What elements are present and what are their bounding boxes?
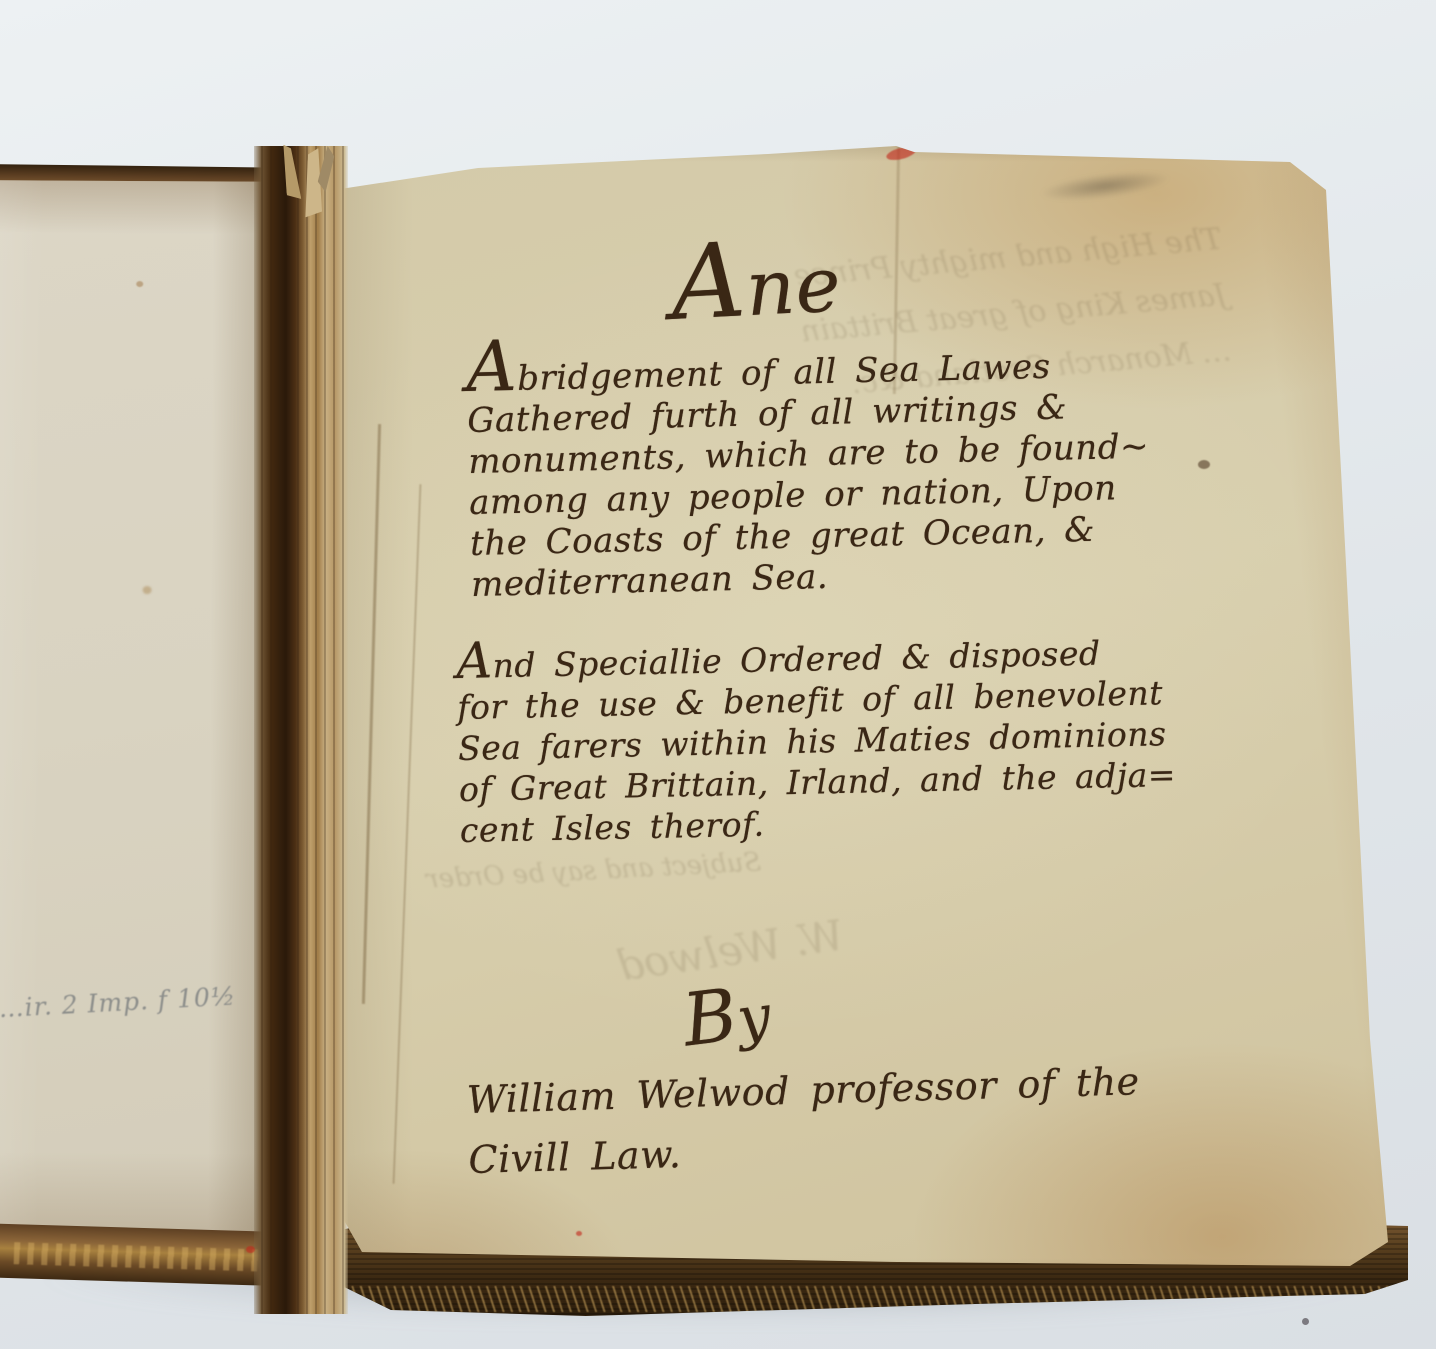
ink-smudge [1039,166,1171,206]
background-speck [1302,1318,1309,1325]
page-crease [362,424,381,1004]
corner-nick [350,167,363,185]
pencil-inscription: …ir. 2 Imp. f 10½ [0,980,267,1023]
torn-paper-stub [281,143,302,200]
right-title-page: The High and mighty Prince James King of… [298,134,1398,1320]
byline: By [680,981,775,1059]
red-ink-mark [885,145,917,163]
photo-of-open-manuscript-book: …ir. 2 Imp. f 10½ The High and mighty Pr… [0,0,1436,1349]
paper-speck [136,281,143,287]
red-speck [576,1231,582,1236]
title-paragraph-1: Abridgement of all Sea Lawes Gathered fu… [466,345,1152,606]
paper-stain [143,586,152,594]
gutter-spine-torn-stubs [254,146,348,1314]
page-crease [393,484,422,1184]
author-attribution: William Welwod professor of the Civill L… [466,1051,1142,1190]
red-speck [246,1246,255,1253]
page-title: Ane [634,237,878,338]
paper-fleck [1198,460,1210,469]
left-cover-bottom-edge [0,1223,297,1286]
title-paragraph-2: And Speciallie Ordered & disposed for th… [456,631,1177,851]
left-blank-page: …ir. 2 Imp. f 10½ [0,180,275,1237]
bleedthrough-text-middle: Subject and say be Order [425,847,761,895]
